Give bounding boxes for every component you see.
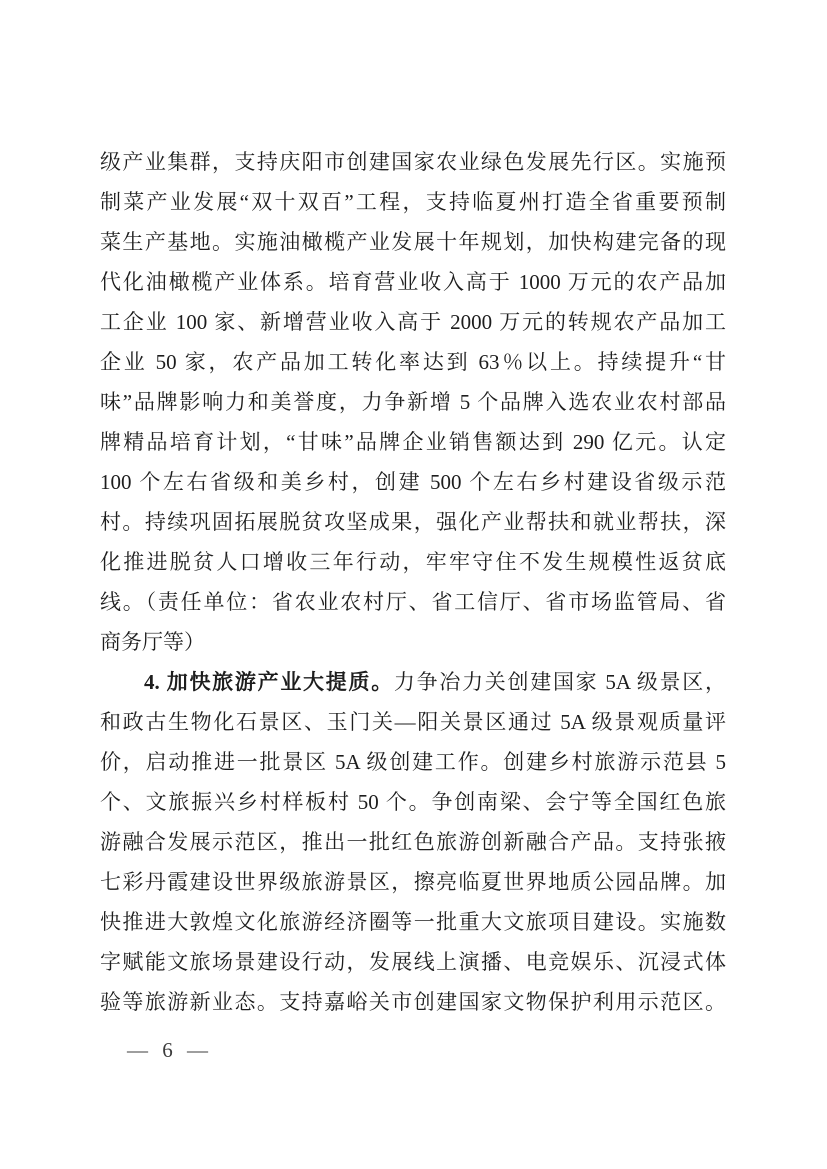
text-line: 七彩丹霞建设世界级旅游景区，擦亮临夏世界地质公园品牌。加 xyxy=(100,862,726,902)
text-line: 级产业集群，支持庆阳市创建国家农业绿色发展先行区。实施预 xyxy=(100,142,726,182)
text-line: 100 个左右省级和美乡村，创建 500 个左右乡村建设省级示范 xyxy=(100,462,726,502)
body-text: 级产业集群，支持庆阳市创建国家农业绿色发展先行区。实施预 制菜产业发展“双十双百… xyxy=(100,142,726,1022)
section-heading-rest: 力争冶力关创建国家 5A 级景区， xyxy=(394,670,726,694)
text-line: 化推进脱贫人口增收三年行动，牢牢守住不发生规模性返贫底 xyxy=(100,542,726,582)
text-line: 线。（责任单位：省农业农村厅、省工信厅、省市场监管局、省 xyxy=(100,582,726,622)
text-line: 工企业 100 家、新增营业收入高于 2000 万元的转规农产品加工 xyxy=(100,302,726,342)
document-page: 级产业集群，支持庆阳市创建国家农业绿色发展先行区。实施预 制菜产业发展“双十双百… xyxy=(0,0,827,1169)
section-number-title: 4. 加快旅游产业大提质。 xyxy=(144,670,394,694)
text-line: 村。持续巩固拓展脱贫攻坚成果，强化产业帮扶和就业帮扶，深 xyxy=(100,502,726,542)
text-line: 价，启动推进一批景区 5A 级创建工作。创建乡村旅游示范县 5 xyxy=(100,742,726,782)
text-line: 游融合发展示范区，推出一批红色旅游创新融合产品。支持张掖 xyxy=(100,822,726,862)
text-line: 企业 50 家，农产品加工转化率达到 63％以上。持续提升“甘 xyxy=(100,342,726,382)
text-line: 和政古生物化石景区、玉门关—阳关景区通过 5A 级景观质量评 xyxy=(100,702,726,742)
paragraph-last-line: 商务厅等） xyxy=(100,622,726,662)
text-line: 字赋能文旅场景建设行动，发展线上演播、电竞娱乐、沉浸式体 xyxy=(100,942,726,982)
section-heading-line: 4. 加快旅游产业大提质。力争冶力关创建国家 5A 级景区， xyxy=(100,662,726,702)
text-line: 味”品牌影响力和美誉度，力争新增 5 个品牌入选农业农村部品 xyxy=(100,382,726,422)
text-line: 验等旅游新业态。支持嘉峪关市创建国家文物保护利用示范区。 xyxy=(100,982,726,1022)
text-line: 个、文旅振兴乡村样板村 50 个。争创南梁、会宁等全国红色旅 xyxy=(100,782,726,822)
text-line: 牌精品培育计划，“甘味”品牌企业销售额达到 290 亿元。认定 xyxy=(100,422,726,462)
text-line: 菜生产基地。实施油橄榄产业发展十年规划，加快构建完备的现 xyxy=(100,222,726,262)
text-line: 制菜产业发展“双十双百”工程，支持临夏州打造全省重要预制 xyxy=(100,182,726,222)
page-number: — 6 — xyxy=(127,1034,208,1066)
text-line: 快推进大敦煌文化旅游经济圈等一批重大文旅项目建设。实施数 xyxy=(100,902,726,942)
text-line: 代化油橄榄产业体系。培育营业收入高于 1000 万元的农产品加 xyxy=(100,262,726,302)
